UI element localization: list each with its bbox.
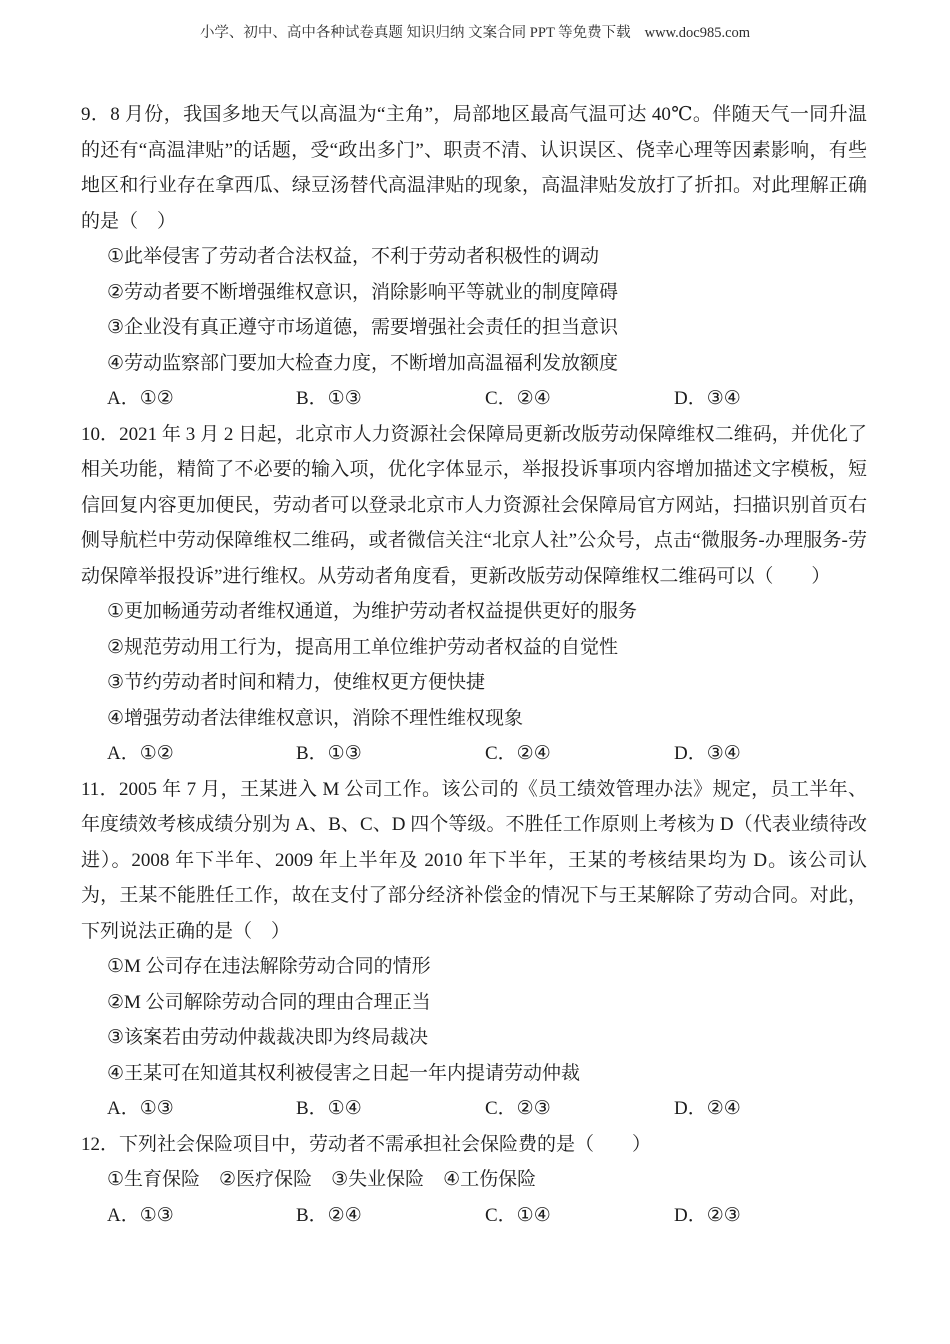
question-10-item-2: ②规范劳动用工行为，提高用工单位维护劳动者权益的自觉性 [107,630,867,666]
doc-header-url: www.doc985.com [645,25,750,41]
question-12-choice-b: B．②④ [296,1198,485,1234]
question-10-item-3: ③节约劳动者时间和精力，使维权更方便快捷 [107,665,867,701]
question-11-stem: 11．2005 年 7 月，王某进入 M 公司工作。该公司的《员工绩效管理办法》… [81,772,867,950]
question-12-choice-a: A．①③ [107,1198,296,1234]
question-9-choices: A．①② B．①③ C．②④ D．③④ [107,381,867,417]
question-9-item-4: ④劳动监察部门要加大检查力度，不断增加高温福利发放额度 [107,346,867,382]
doc-header: 小学、初中、高中各种试卷真题 知识归纳 文案合同 PPT 等免费下载www.do… [0,0,950,43]
questions-content: 9．8 月份，我国多地天气以高温为“主角”，局部地区最高气温可达 40℃。伴随天… [81,97,867,1233]
question-12-choice-d: D．②③ [674,1198,741,1234]
question-11-choice-d: D．②④ [674,1091,741,1127]
question-12-choices: A．①③ B．②④ C．①④ D．②③ [107,1198,867,1234]
question-11-choice-b: B．①④ [296,1091,485,1127]
question-9-item-2: ②劳动者要不断增强维权意识，消除影响平等就业的制度障碍 [107,275,867,311]
question-11-item-4: ④王某可在知道其权利被侵害之日起一年内提请劳动仲裁 [107,1056,867,1092]
question-11-choices: A．①③ B．①④ C．②③ D．②④ [107,1091,867,1127]
question-11-item-2: ②M 公司解除劳动合同的理由合理正当 [107,985,867,1021]
question-9: 9．8 月份，我国多地天气以高温为“主角”，局部地区最高气温可达 40℃。伴随天… [81,97,867,417]
question-9-choice-d: D．③④ [674,381,741,417]
question-9-item-1: ①此举侵害了劳动者合法权益，不利于劳动者积极性的调动 [107,239,867,275]
question-9-choice-a: A．①② [107,381,296,417]
question-9-choice-c: C．②④ [485,381,674,417]
question-10-stem: 10．2021 年 3 月 2 日起，北京市人力资源社会保障局更新改版劳动保障维… [81,417,867,595]
question-10-choice-c: C．②④ [485,736,674,772]
question-9-choice-b: B．①③ [296,381,485,417]
doc-header-title: 小学、初中、高中各种试卷真题 知识归纳 文案合同 PPT 等免费下载 [200,25,631,41]
question-11-item-1: ①M 公司存在违法解除劳动合同的情形 [107,949,867,985]
document-page: 小学、初中、高中各种试卷真题 知识归纳 文案合同 PPT 等免费下载www.do… [0,0,950,1344]
question-10-item-4: ④增强劳动者法律维权意识，消除不理性维权现象 [107,701,867,737]
question-12-choice-c: C．①④ [485,1198,674,1234]
question-10-choice-a: A．①② [107,736,296,772]
question-9-stem: 9．8 月份，我国多地天气以高温为“主角”，局部地区最高气温可达 40℃。伴随天… [81,97,867,239]
question-10-item-1: ①更加畅通劳动者维权通道，为维护劳动者权益提供更好的服务 [107,594,867,630]
question-12-stem: 12．下列社会保险项目中，劳动者不需承担社会保险费的是（ ） [81,1127,867,1163]
question-11-choice-a: A．①③ [107,1091,296,1127]
question-10-choice-d: D．③④ [674,736,741,772]
question-10: 10．2021 年 3 月 2 日起，北京市人力资源社会保障局更新改版劳动保障维… [81,417,867,772]
question-9-item-3: ③企业没有真正遵守市场道德，需要增强社会责任的担当意识 [107,310,867,346]
question-11-item-3: ③该案若由劳动仲裁裁决即为终局裁决 [107,1020,867,1056]
question-12-items: ①生育保险 ②医疗保险 ③失业保险 ④工伤保险 [107,1162,867,1198]
question-10-choice-b: B．①③ [296,736,485,772]
question-10-choices: A．①② B．①③ C．②④ D．③④ [107,736,867,772]
question-11-choice-c: C．②③ [485,1091,674,1127]
question-11: 11．2005 年 7 月，王某进入 M 公司工作。该公司的《员工绩效管理办法》… [81,772,867,1127]
question-12: 12．下列社会保险项目中，劳动者不需承担社会保险费的是（ ） ①生育保险 ②医疗… [81,1127,867,1234]
